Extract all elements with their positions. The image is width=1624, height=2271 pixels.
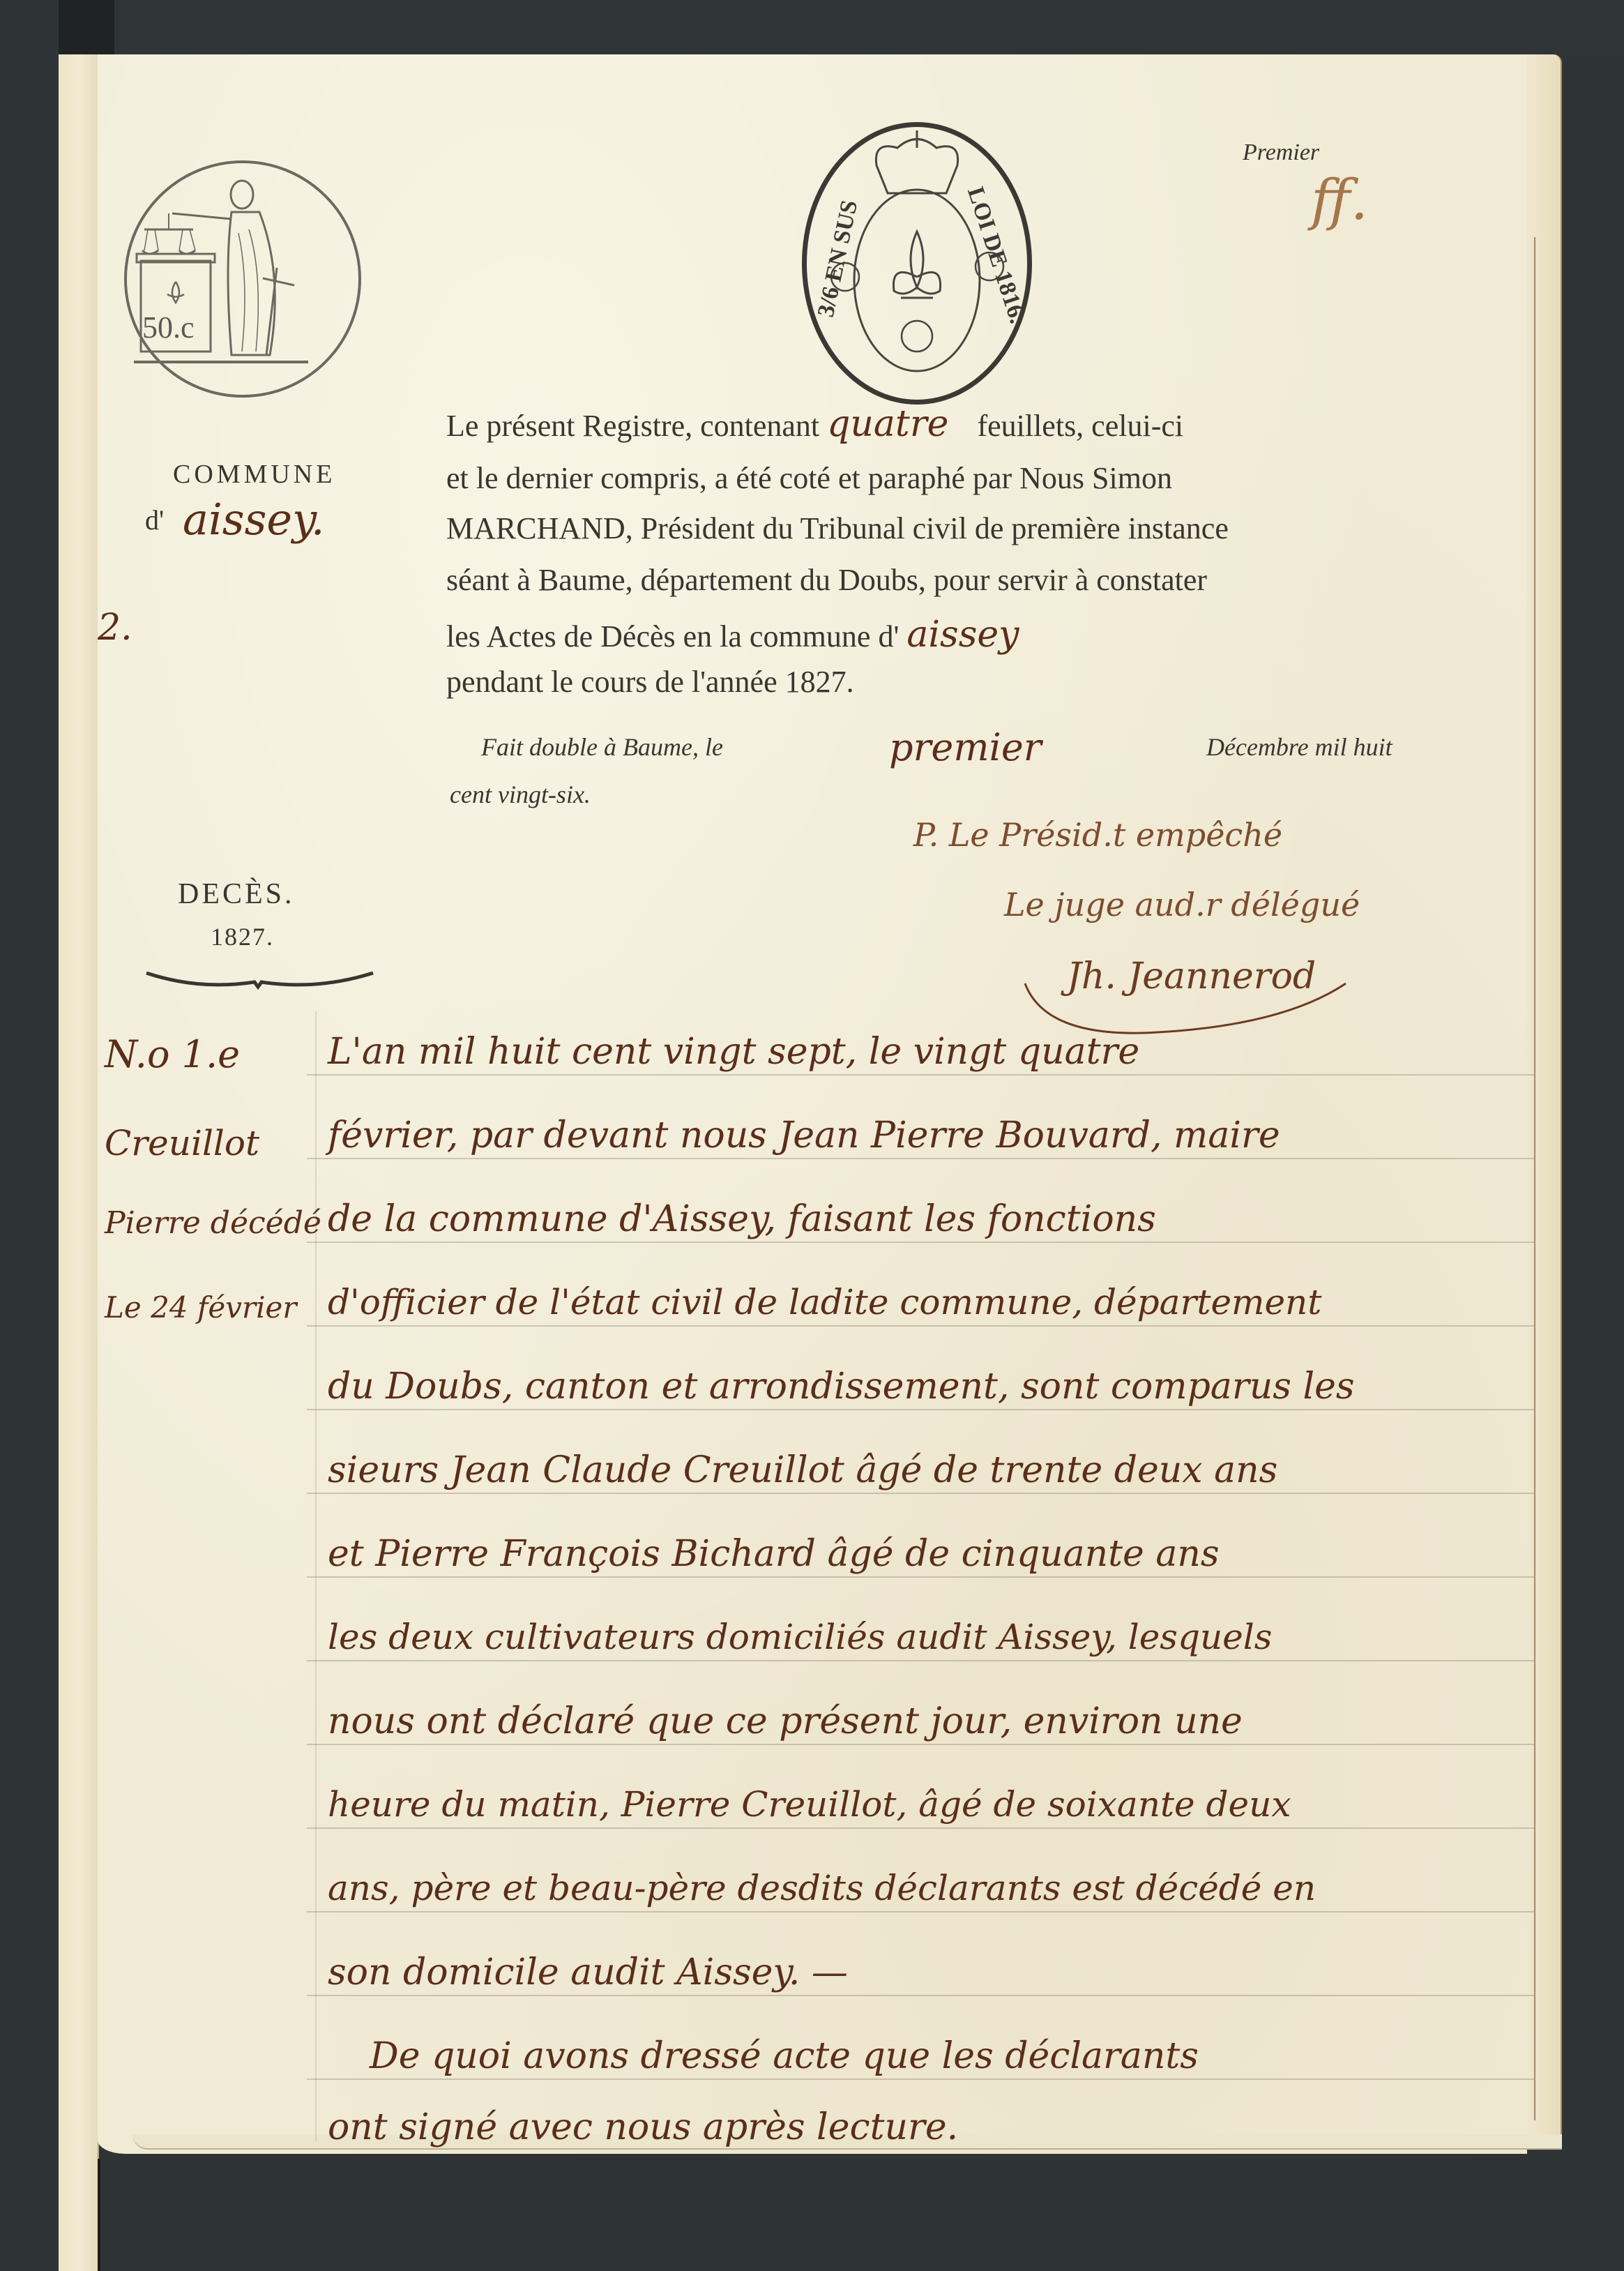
fleur-de-lis-crown-stamp-icon: 3/6 EN SUS LOI DE 1816. (802, 122, 1032, 405)
folio-label: Premier (1243, 139, 1319, 166)
ruled-line (307, 1744, 1534, 1745)
ruled-line (307, 1409, 1534, 1410)
ruled-line (307, 1827, 1534, 1829)
ruled-line (307, 1660, 1534, 1661)
preamble-line-6: pendant le cours de l'année 1827. (446, 664, 854, 700)
ruled-line (307, 1493, 1534, 1494)
signature-line-2: Le juge aud.r délégué (1004, 886, 1360, 923)
ruled-line (307, 1576, 1534, 1578)
folio-paraph: ff. (1311, 167, 1368, 232)
top-binding-strip (56, 0, 1624, 54)
entry-line: sieurs Jean Claude Creuillot âgé de tren… (328, 1449, 1277, 1491)
fait-double-c: cent vingt-six. (450, 780, 591, 809)
ruled-line (307, 1242, 1534, 1243)
spine-tear (98, 2159, 100, 2271)
entry-line: du Doubs, canton et arrondissement, sont… (328, 1366, 1355, 1408)
entry-line: heure du matin, Pierre Creuillot, âgé de… (328, 1784, 1291, 1825)
margin-side-mark: 2. (98, 607, 132, 649)
preamble-line-1-a: Le présent Registre, contenant (446, 409, 819, 443)
entry-given-name: Pierre décédé (105, 1205, 321, 1241)
commune-label: COMMUNE (173, 459, 335, 490)
preamble-line-4: séant à Baume, département du Doubs, pou… (446, 562, 1207, 598)
section-year: 1827. (211, 922, 274, 951)
fait-double-a: Fait double à Baume, le (481, 732, 723, 762)
entry-surname: Creuillot (105, 1123, 259, 1163)
entry-line: les deux cultivateurs domiciliés audit A… (328, 1617, 1272, 1657)
entry-line: nous ont déclaré que ce présent jour, en… (328, 1700, 1243, 1742)
signature-line-1: P. Le Présid.t empêché (913, 816, 1282, 854)
entry-line: février, par devant nous Jean Pierre Bou… (328, 1115, 1280, 1156)
preamble-line-1-b: feuillets, celui-ci (977, 409, 1183, 443)
preamble-line-5: les Actes de Décès en la commune d' aiss… (446, 614, 1019, 656)
section-label: DECÈS. (178, 877, 295, 911)
ruled-line (307, 1325, 1534, 1327)
commune-name: aissey. (183, 494, 325, 545)
entry-line: son domicile audit Aissey. — (328, 1952, 848, 1993)
entry-line: De quoi avons dressé acte que les déclar… (370, 2035, 1199, 2077)
ornament-flourish (143, 969, 380, 997)
book-spine (59, 54, 99, 2271)
entry-line: L'an mil huit cent vingt sept, le vingt … (328, 1031, 1139, 1073)
commune-prefix: d' (145, 504, 164, 536)
ruled-line (307, 1995, 1534, 1996)
preamble-line-3: MARCHAND, Président du Tribunal civil de… (446, 511, 1229, 546)
ruled-line (307, 1911, 1534, 1912)
top-binding-shadow (59, 0, 114, 54)
ruled-line (307, 2078, 1534, 2080)
commune-handwritten: aissey (906, 614, 1019, 656)
entry-line: et Pierre François Bichard âgé de cinqua… (328, 1533, 1220, 1575)
page-right-rule (1534, 237, 1535, 2120)
page-right-edge (1527, 54, 1562, 2136)
stamp-value: 50.c (142, 310, 195, 345)
entry-line: ont signé avec nous après lecture. (328, 2106, 958, 2148)
entry-line: ans, père et beau-père desdits déclarant… (328, 1868, 1316, 1908)
ruled-line (307, 1158, 1534, 1159)
entry-line: d'officier de l'état civil de ladite com… (328, 1282, 1321, 1322)
entry-date: Le 24 février (105, 1290, 296, 1325)
fait-double-b: Décembre mil huit (1206, 732, 1392, 762)
preamble-line-1: Le présent Registre, contenant quatre fe… (446, 403, 1183, 445)
preamble-line-5-a: les Actes de Décès en la commune d' (446, 619, 899, 654)
preamble-line-2: et le dernier compris, a été coté et par… (446, 460, 1172, 496)
leaf-count-handwritten: quatre (827, 403, 948, 445)
ruled-line (307, 1074, 1534, 1076)
fait-day-handwritten: premier (889, 725, 1042, 769)
entry-line: de la commune d'Aissey, faisant les fonc… (328, 1198, 1156, 1240)
entry-number: N.o 1.e (105, 1032, 240, 1076)
justice-figure-stamp-icon: 50.c (124, 160, 361, 398)
